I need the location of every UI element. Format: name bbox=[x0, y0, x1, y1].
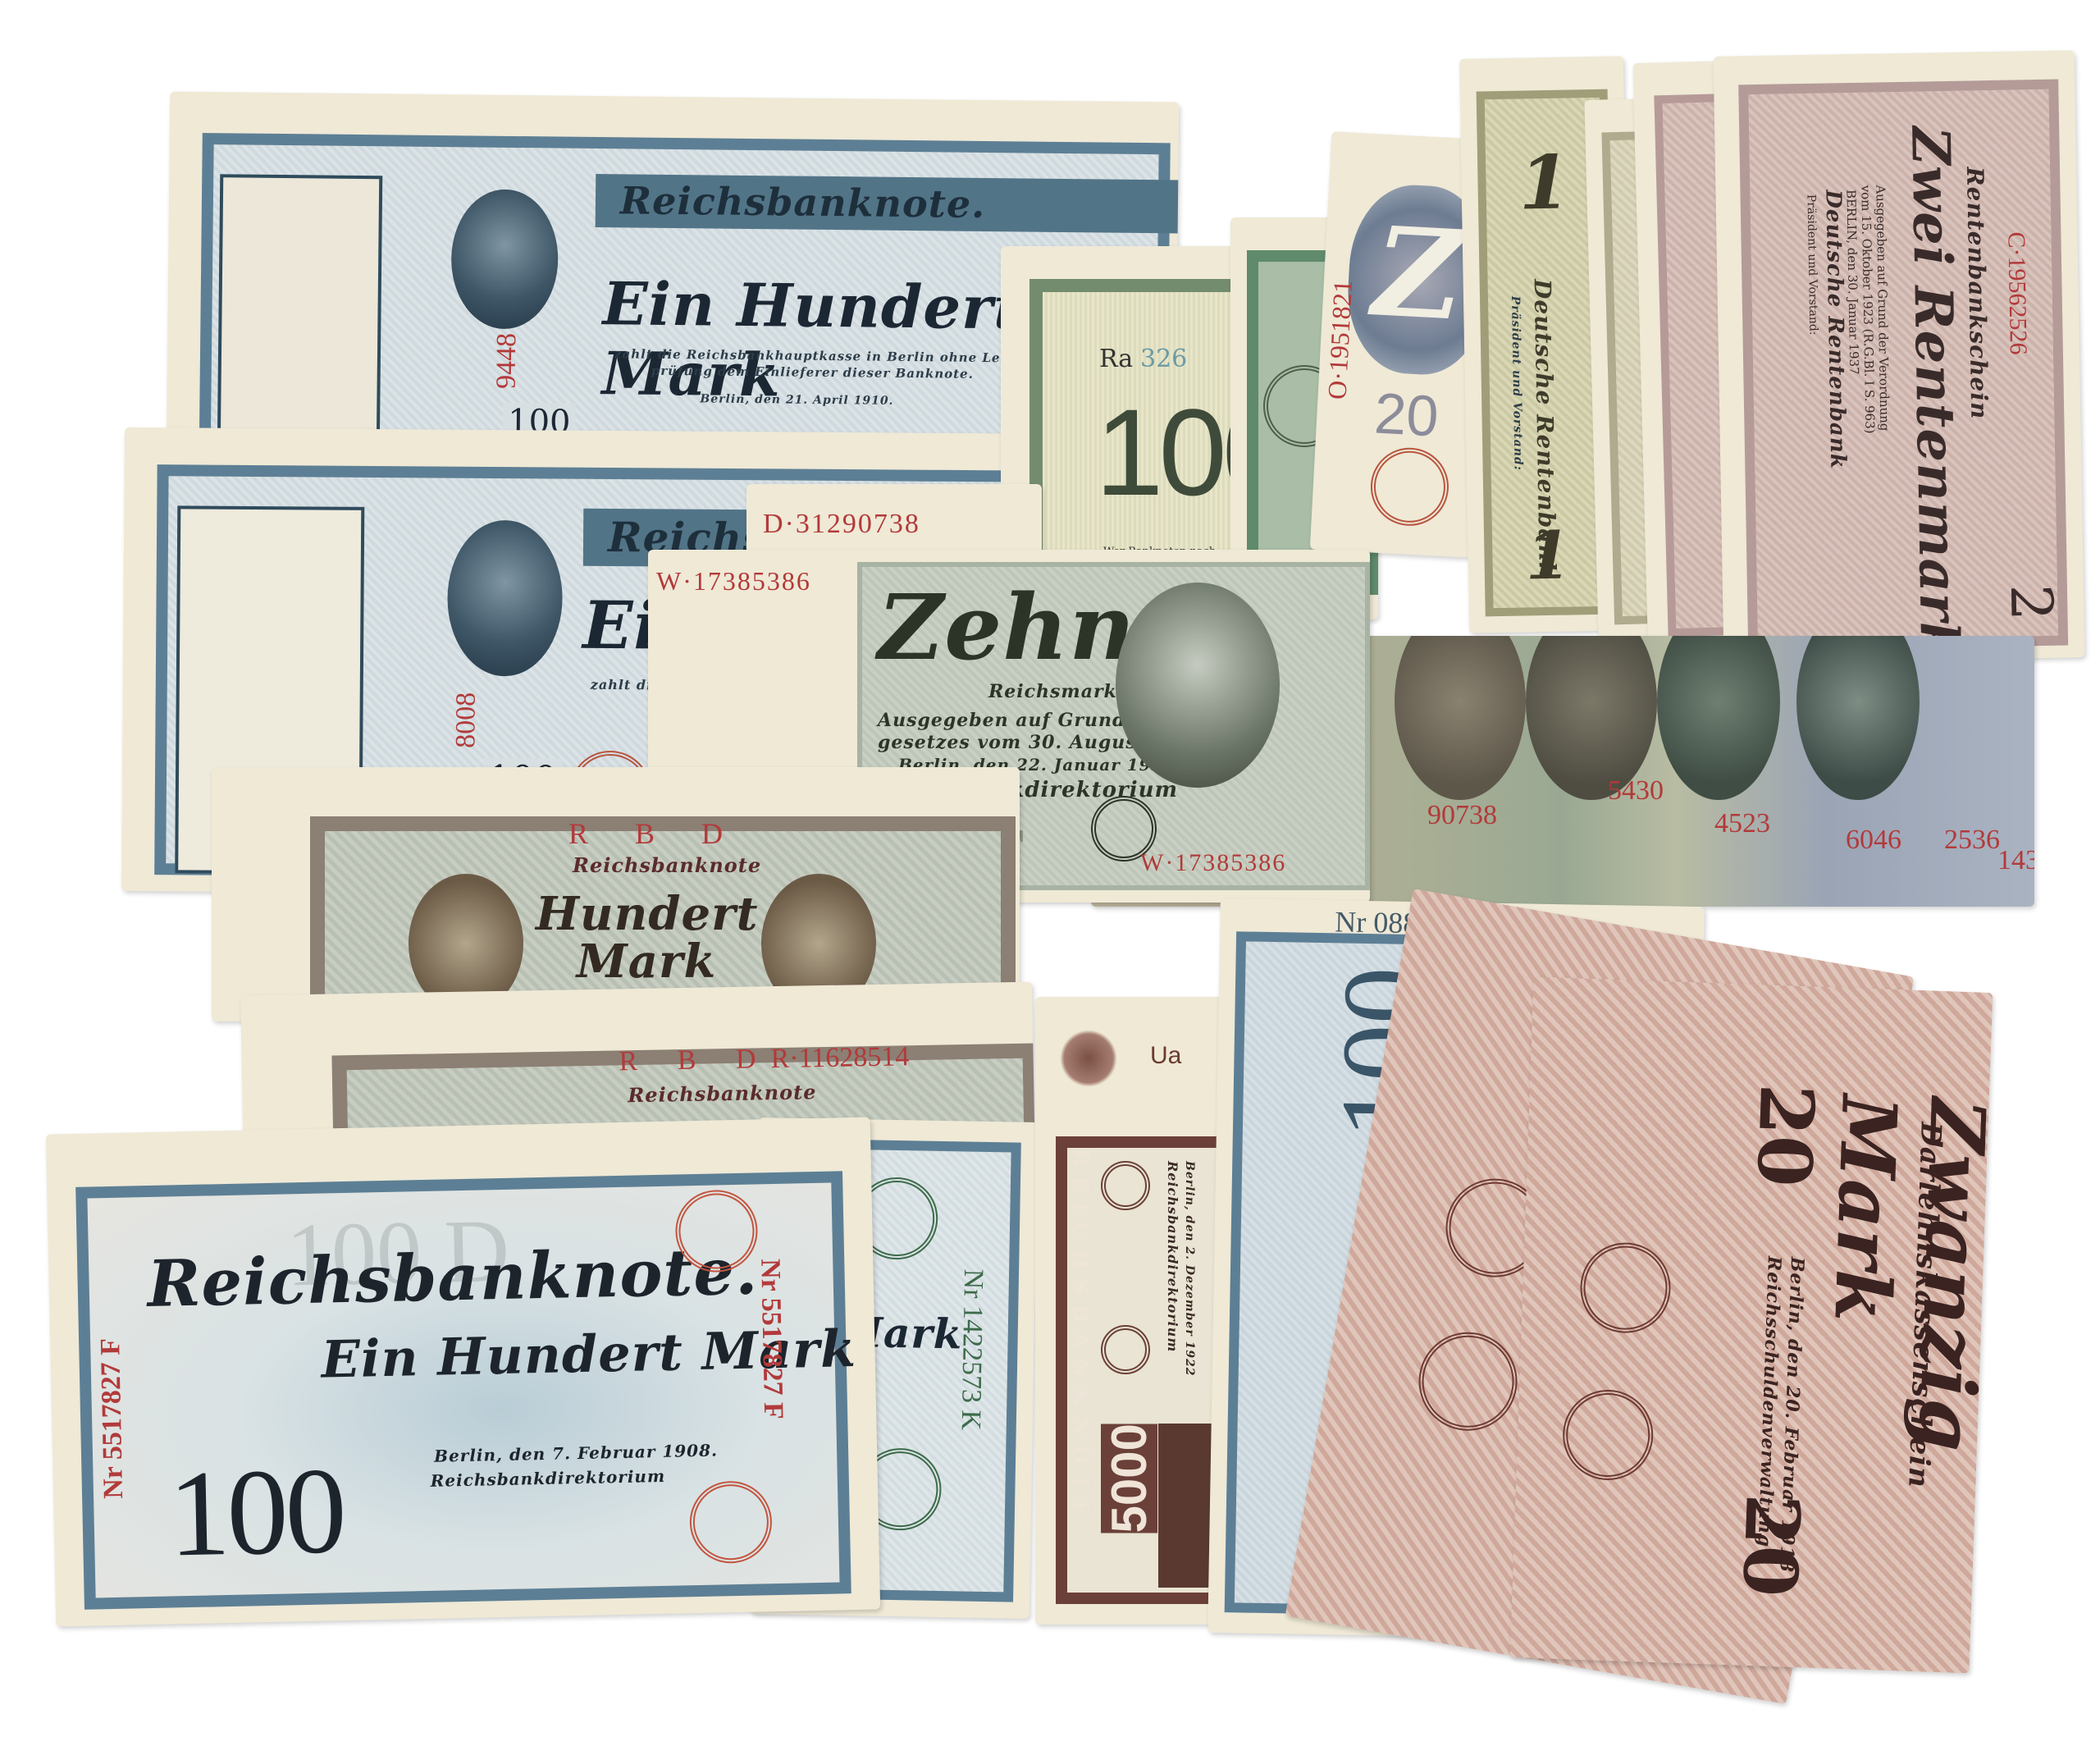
denomination-numeral-bottom: 1 bbox=[1525, 517, 1573, 595]
header: Reichsbanknote. bbox=[147, 1234, 759, 1322]
seal bbox=[1411, 1324, 1525, 1438]
banknote-2-rentenmark: Rentenbankschein Zwei Rentenmark Ausgege… bbox=[1714, 50, 2085, 664]
portrait bbox=[1796, 636, 1920, 800]
denomination-numeral-top: 20 bbox=[1740, 1082, 1830, 1188]
rbd-letters: R B D bbox=[568, 816, 742, 851]
denomination-text: Zwei Rentenmark bbox=[1899, 126, 1970, 660]
red-seal bbox=[1369, 446, 1451, 528]
denomination-numeral: 100 bbox=[167, 1440, 345, 1584]
issuer: Deutsche Rentenbank bbox=[1820, 190, 1850, 469]
denomination-numeral-bottom: 20 bbox=[1725, 1492, 1815, 1598]
vertical-label: REICHSBANKNOTE bbox=[1068, 1149, 1093, 1526]
denomination-numeral: 2 bbox=[1997, 584, 2066, 622]
serial-number: 143 bbox=[1997, 845, 2034, 876]
serial-number: C·19562526 bbox=[2002, 231, 2032, 355]
germania-portrait bbox=[447, 520, 563, 677]
banknote-photo: Reichsbanknote. Ein Hundert Mark zahlt d… bbox=[0, 0, 2100, 1755]
denomination-text: Hundert Mark bbox=[536, 890, 757, 985]
board: Präsident und Vorstand: bbox=[1805, 194, 1820, 336]
serial-number-left: Nr 5517827 F bbox=[95, 1338, 130, 1500]
serial-number: 8008 bbox=[450, 692, 482, 748]
serial-bottom: W·17385386 bbox=[1140, 849, 1286, 877]
serial-number: O·1951821 bbox=[1322, 279, 1358, 400]
serial-number: 5430 bbox=[1608, 775, 1664, 807]
denomination-numeral: 1 bbox=[1518, 139, 1572, 226]
banner: Reichsbanknote bbox=[628, 1080, 817, 1107]
thaer-portrait bbox=[1116, 583, 1280, 788]
denomination-text: Zwanzig Mark bbox=[1805, 1094, 1993, 1674]
banknote-d-serial: D·31290738 bbox=[746, 484, 1042, 558]
issue-date: Berlin, den 21. April 1910. bbox=[700, 392, 893, 407]
serial-number: 4523 bbox=[1714, 808, 1770, 839]
serial-number-right: Nr 5517827 F bbox=[754, 1259, 788, 1420]
serial-number: R·11628514 bbox=[770, 1041, 909, 1075]
serial-number: 90738 bbox=[1427, 800, 1497, 831]
issuer: Reichsbankdirektorium bbox=[1165, 1161, 1180, 1352]
serial-top: W·17385386 bbox=[656, 566, 811, 596]
issue-date: Berlin, den 2. Dezember 1922 bbox=[1183, 1161, 1196, 1377]
serial-number: Nr 1422573 K bbox=[955, 1268, 988, 1430]
ornamental-z: Z bbox=[1370, 199, 1468, 349]
serial-number: 6046 bbox=[1846, 825, 1901, 856]
serial-number: 2536 bbox=[1944, 825, 2000, 856]
denomination-text: Zehn bbox=[878, 574, 1135, 680]
series-prefix: Ua bbox=[1150, 1042, 1181, 1070]
denomination-numeral: 20 bbox=[1372, 380, 1440, 449]
title: Rentenbankschein bbox=[1961, 167, 1993, 420]
watermark-window bbox=[217, 174, 382, 445]
eagle-emblem bbox=[1060, 1030, 1117, 1087]
seal-top bbox=[1579, 1241, 1673, 1335]
banknote-5000-mark-1922: Ua REICHSBANKNOTE Berlin, den 2. Dezembe… bbox=[1035, 997, 1232, 1625]
currency: Reichsmark bbox=[988, 681, 1117, 702]
seal-bottom bbox=[1101, 1325, 1150, 1374]
seal-bottom bbox=[1561, 1388, 1655, 1482]
banner: Reichsbanknote bbox=[573, 853, 761, 877]
portrait bbox=[1395, 636, 1526, 800]
serial-number: 9448 bbox=[491, 333, 523, 389]
rbd-letters: R B D bbox=[619, 1044, 773, 1077]
header-band: Reichsbanknote. bbox=[596, 174, 1180, 234]
banknote-100-mark-1908-red: 100 D Reichsbanknote. Ein Hundert Mark 1… bbox=[46, 1117, 880, 1627]
denomination-numeral: 5000 bbox=[1101, 1424, 1157, 1533]
portrait bbox=[1657, 636, 1780, 800]
series-prefix: Ra bbox=[1099, 345, 1133, 373]
seal-top bbox=[1101, 1161, 1150, 1210]
serial-number: D·31290738 bbox=[763, 509, 920, 540]
banknote-20-mark-1918: Darlehnskassenschein Zwanzig Mark Berlin… bbox=[1510, 976, 1993, 1673]
serial-number: 326 bbox=[1140, 345, 1187, 373]
